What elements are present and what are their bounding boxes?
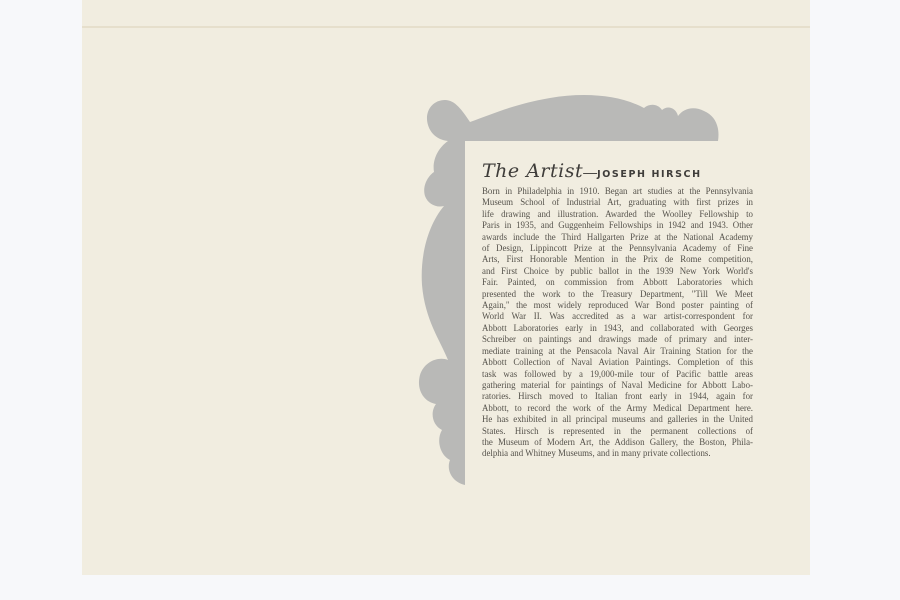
- bio-line: delphia and Whitney Museums, and in many…: [482, 448, 753, 459]
- bio-line: Paris in 1935, and Guggenheim Fellowship…: [482, 220, 753, 231]
- heading-dash: —: [583, 164, 597, 180]
- bio-line: Fair. Painted, on commission from Abbott…: [482, 277, 753, 288]
- bio-line: Again," the most widely reproduced War B…: [482, 300, 753, 311]
- bio-line: Abbott Laboratories early in 1943, and c…: [482, 323, 753, 334]
- bio-line: Museum School of Industrial Art, graduat…: [482, 197, 753, 208]
- bio-line: awards include the Third Hallgarten Priz…: [482, 232, 753, 243]
- bio-line: Abbott, to record the work of the Army M…: [482, 403, 753, 414]
- bio-paragraph: Born in Philadelphia in 1910. Began art …: [482, 186, 753, 460]
- bio-line: gathering material for paintings of Nava…: [482, 380, 753, 391]
- bio-line: Born in Philadelphia in 1910. Began art …: [482, 186, 753, 197]
- bio-line: ratories. Hirsch moved to Italian front …: [482, 391, 753, 402]
- bio-line: task was followed by a 19,000-mile tour …: [482, 369, 753, 380]
- artist-bio-block: The Artist—JOSEPH HIRSCH Born in Philade…: [482, 160, 753, 460]
- bio-line: Schreiber on paintings and drawings made…: [482, 334, 753, 345]
- bio-line: presented the work to the Treasury Depar…: [482, 289, 753, 300]
- bio-line: Abbott Collection of Naval Aviation Pain…: [482, 357, 753, 368]
- bio-line: Arts, First Honorable Mention in the Pri…: [482, 254, 753, 265]
- bio-line: and First Choice by public ballot in the…: [482, 266, 753, 277]
- bio-line: World War II. Was accredited as a war ar…: [482, 311, 753, 322]
- bio-line: the Museum of Modern Art, the Addison Ga…: [482, 437, 753, 448]
- artist-heading: The Artist—JOSEPH HIRSCH: [482, 160, 753, 182]
- bio-line: mediate training at the Pensacola Naval …: [482, 346, 753, 357]
- bio-line: He has exhibited in all principal museum…: [482, 414, 753, 425]
- script-title: The Artist: [482, 160, 583, 182]
- artist-name: JOSEPH HIRSCH: [597, 169, 702, 180]
- bio-line: life drawing and illustration. Awarded t…: [482, 209, 753, 220]
- scroll-ornament-icon: [0, 0, 900, 600]
- bio-line: States. Hirsch is represented in the per…: [482, 426, 753, 437]
- bio-line: of Design, Lippincott Prize at the Penns…: [482, 243, 753, 254]
